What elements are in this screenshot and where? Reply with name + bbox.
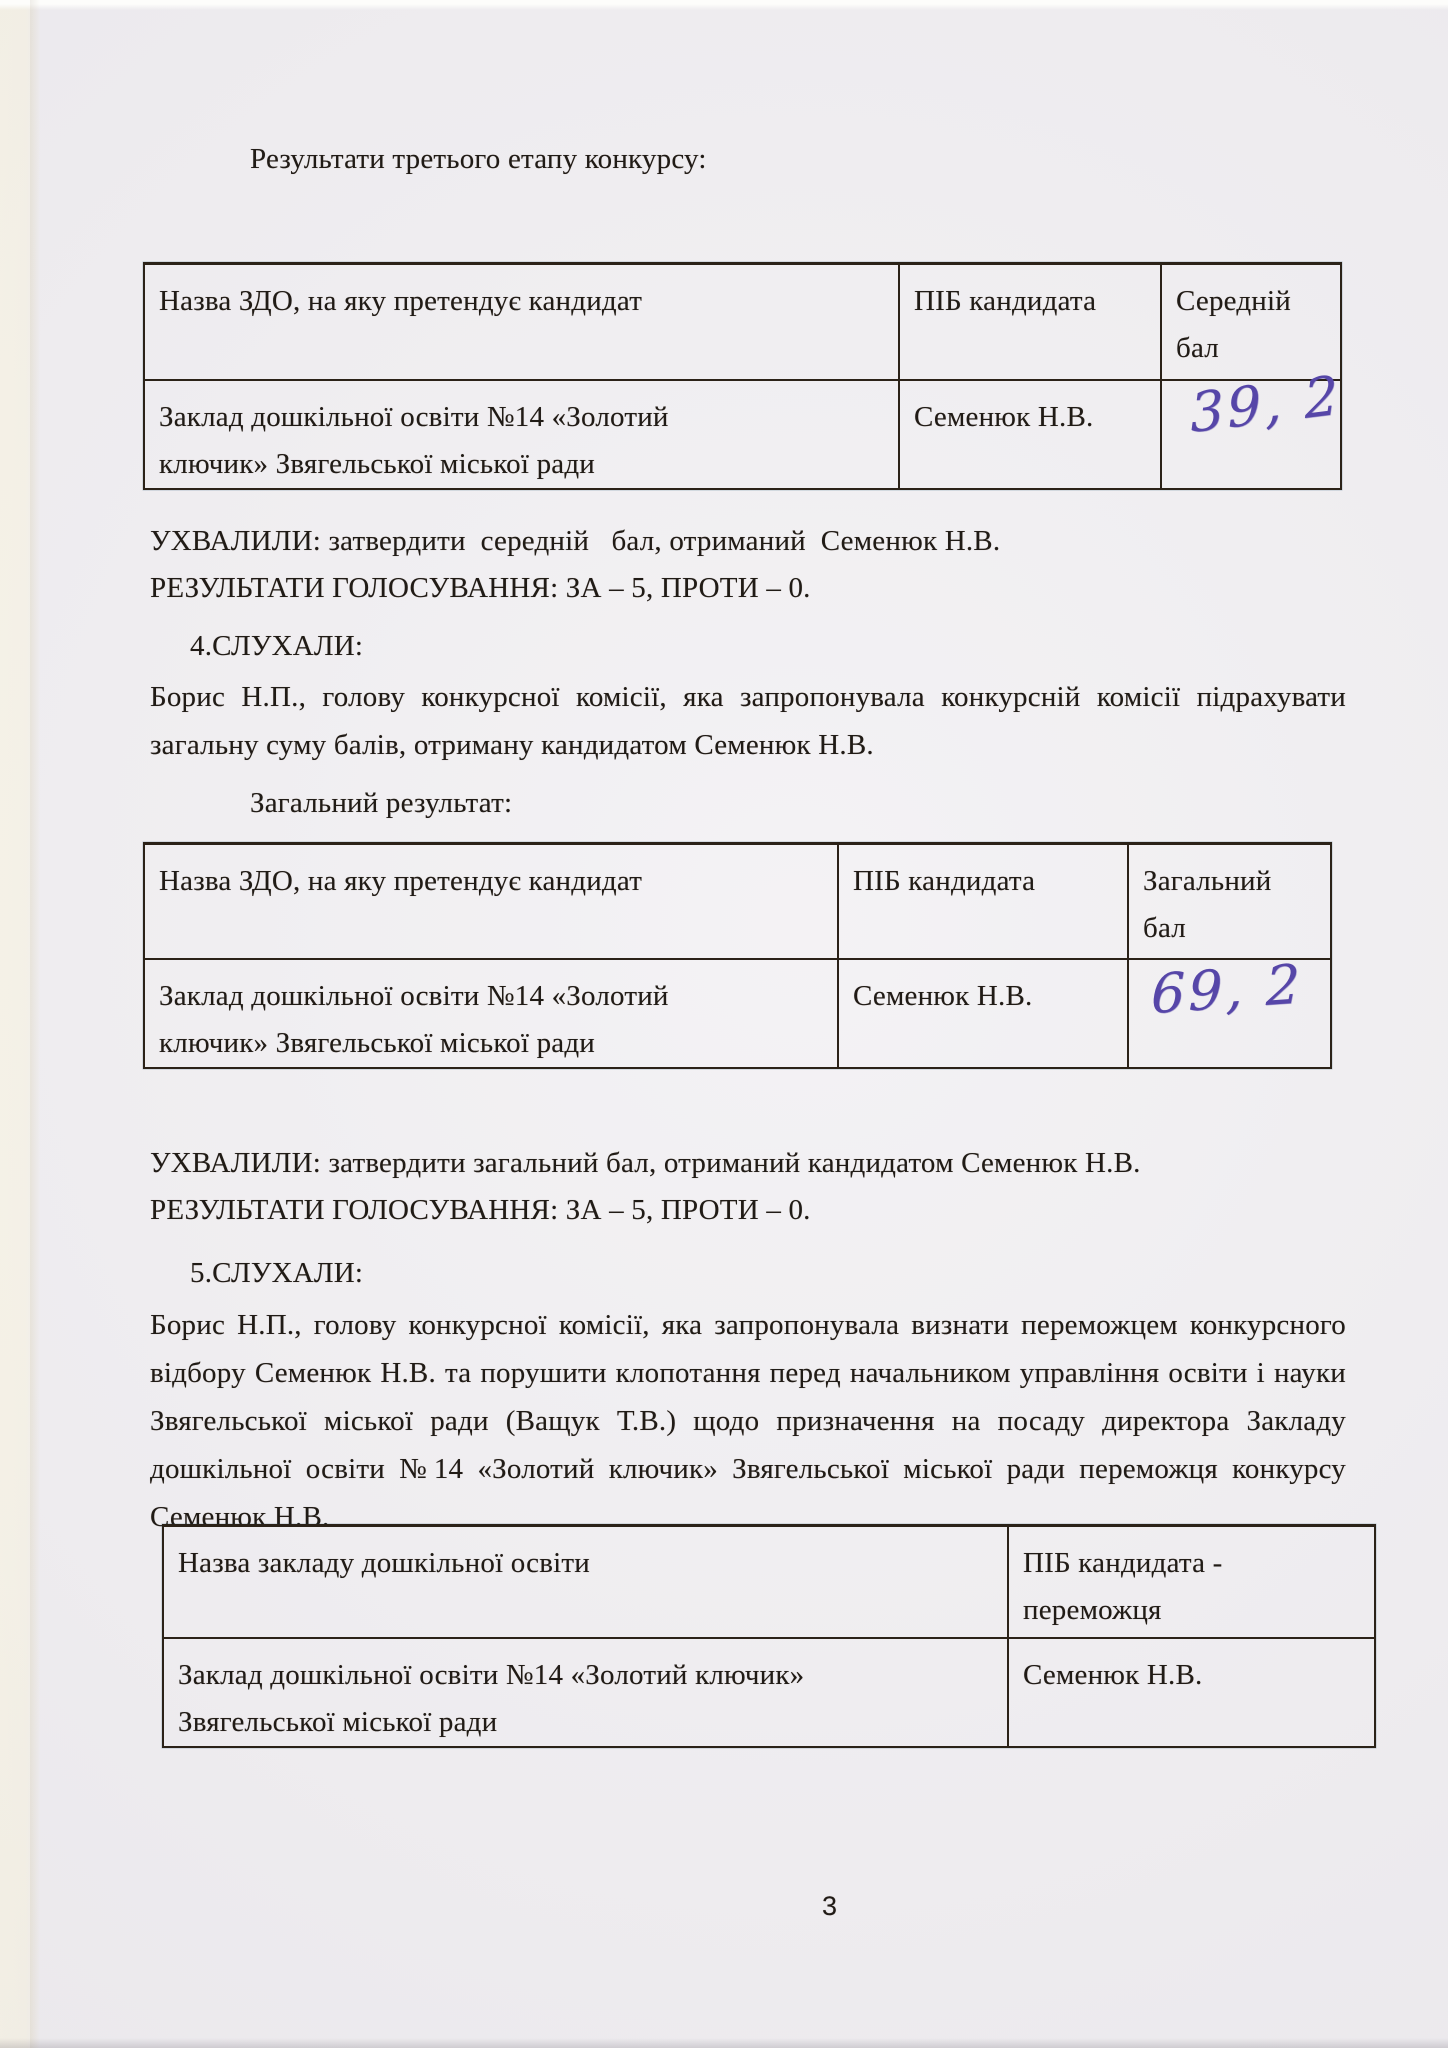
winner-table: Назва закладу дошкільної освіти ПІБ канд… [162, 1524, 1376, 1748]
cell-institution: Заклад дошкільної освіти №14 «Золотий кл… [144, 380, 899, 489]
cell-institution: Заклад дошкільної освіти №14 «Золотий кл… [144, 959, 838, 1068]
header-cell-institution: Назва ЗДО, на яку претендує кандидат [144, 264, 899, 380]
header-cell-institution: Назва закладу дошкільної освіти [163, 1526, 1008, 1638]
scanned-document-page: Результати третього етапу конкурсу: Назв… [0, 0, 1448, 2048]
total-results-table: Назва ЗДО, на яку претендує кандидат ПІБ… [143, 842, 1332, 1069]
agenda-item-4-heading: 4.СЛУХАЛИ: [190, 630, 363, 663]
stage3-decision-block: УХВАЛИЛИ: затвердити середній бал, отрим… [150, 518, 1346, 612]
header-cell-institution: Назва ЗДО, на яку претендує кандидат [144, 844, 838, 959]
stage3-results-table: Назва ЗДО, на яку претендує кандидат ПІБ… [143, 262, 1342, 490]
total-result-title: Загальний результат: [250, 787, 1150, 820]
table-header-row: Назва закладу дошкільної освіти ПІБ канд… [163, 1526, 1375, 1638]
table-header-row: Назва ЗДО, на яку претендує кандидат ПІБ… [144, 844, 1331, 959]
agenda-item-5-text: Борис Н.П., голову конкурсної комісії, я… [150, 1301, 1346, 1541]
table-row: Заклад дошкільної освіти №14 «Золотий кл… [144, 380, 1341, 489]
cell-institution: Заклад дошкільної освіти №14 «Золотий кл… [163, 1638, 1008, 1747]
header-cell-candidate: ПІБ кандидата [838, 844, 1128, 959]
table-row: Заклад дошкільної освіти №14 «Золотий кл… [163, 1638, 1375, 1747]
vote-result-line: РЕЗУЛЬТАТИ ГОЛОСУВАННЯ: ЗА – 5, ПРОТИ – … [150, 572, 811, 604]
vote-result-line: РЕЗУЛЬТАТИ ГОЛОСУВАННЯ: ЗА – 5, ПРОТИ – … [150, 1194, 811, 1226]
scan-bottom-shadow [0, 2038, 1448, 2048]
table-row: Заклад дошкільної освіти №14 «Золотий кл… [144, 959, 1331, 1068]
header-cell-winner-candidate: ПІБ кандидата - переможця [1008, 1526, 1375, 1638]
stage3-results-title: Результати третього етапу конкурсу: [250, 143, 1150, 176]
cell-winner-candidate: Семенюк Н.В. [1008, 1638, 1375, 1747]
agenda-item-5-heading: 5.СЛУХАЛИ: [190, 1257, 363, 1290]
decision-line: УХВАЛИЛИ: затвердити середній бал, отрим… [150, 525, 1000, 557]
table-header-row: Назва ЗДО, на яку претендує кандидат ПІБ… [144, 264, 1341, 380]
header-cell-total-score: Загальний бал [1128, 844, 1331, 959]
total-decision-block: УХВАЛИЛИ: затвердити загальний бал, отри… [150, 1140, 1346, 1234]
handwritten-score: 39, 2 [1189, 371, 1343, 437]
cell-average-score: 39, 2 [1161, 380, 1341, 489]
agenda-item-4-text: Борис Н.П., голову конкурсної комісії, я… [150, 673, 1346, 769]
decision-line: УХВАЛИЛИ: затвердити загальний бал, отри… [150, 1147, 1141, 1179]
handwritten-score: 69, 2 [1151, 960, 1303, 1018]
header-cell-average-score: Середній бал [1161, 264, 1341, 380]
page-number: 3 [822, 1891, 837, 1922]
cell-candidate: Семенюк Н.В. [899, 380, 1161, 489]
header-cell-candidate: ПІБ кандидата [899, 264, 1161, 380]
scan-edge-shadow [30, 0, 40, 2048]
cell-candidate: Семенюк Н.В. [838, 959, 1128, 1068]
cell-total-score: 69, 2 [1128, 959, 1331, 1068]
